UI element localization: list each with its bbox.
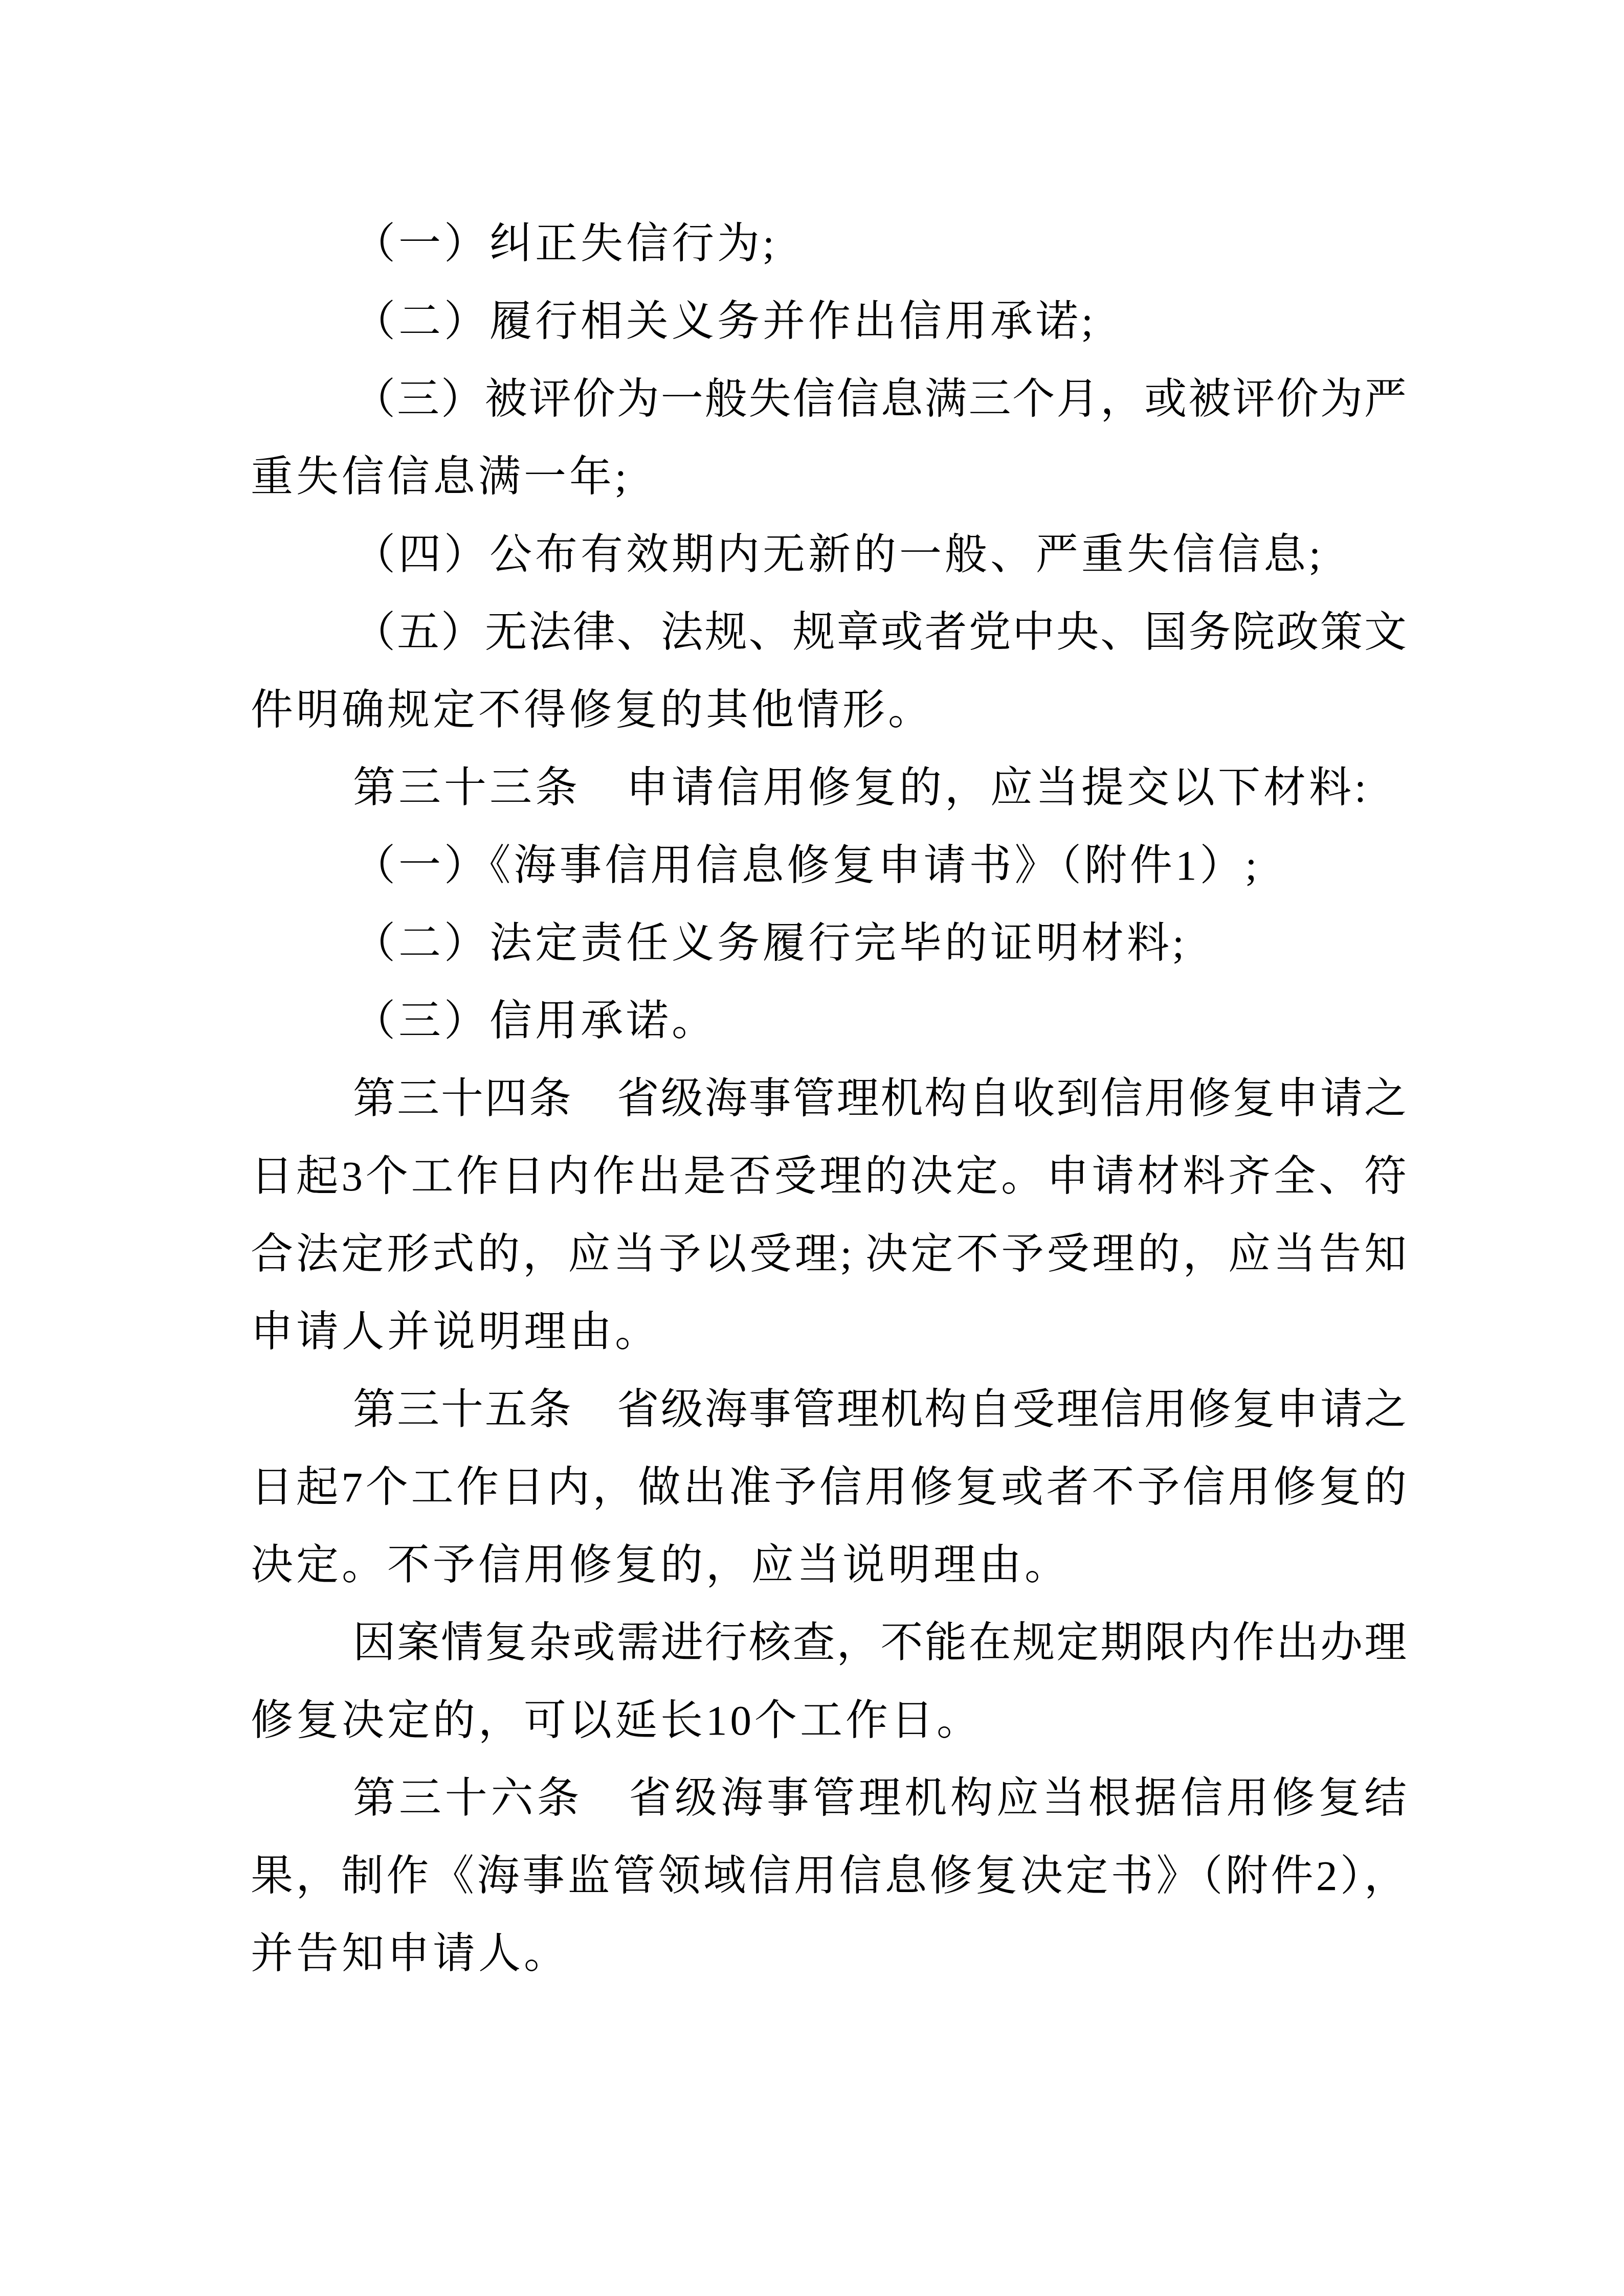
text-line: （五）无法律、法规、规章或者党中央、国务院政策文	[251, 593, 1407, 671]
text-line: （三）信用承诺。	[251, 982, 1407, 1060]
text-line: 日起7个工作日内，做出准予信用修复或者不予信用修复的	[251, 1448, 1407, 1526]
text-line: 申请人并说明理由。	[251, 1293, 1407, 1370]
text-line: 日起3个工作日内作出是否受理的决定。申请材料齐全、符	[251, 1137, 1407, 1215]
text-line: 因案情复杂或需进行核查，不能在规定期限内作出办理	[251, 1604, 1407, 1681]
text-line: 件明确规定不得修复的其他情形。	[251, 671, 1407, 749]
text-line: （一）纠正失信行为;	[251, 205, 1407, 282]
document-page: （一）纠正失信行为; （二）履行相关义务并作出信用承诺; （三）被评价为一般失信…	[0, 0, 1624, 2296]
text-line: （一）《海事信用信息修复申请书》（附件1）;	[251, 826, 1407, 904]
text-line: （二）法定责任义务履行完毕的证明材料;	[251, 904, 1407, 982]
text-line: （四）公布有效期内无新的一般、严重失信信息;	[251, 515, 1407, 593]
text-line: （三）被评价为一般失信信息满三个月，或被评价为严	[251, 360, 1407, 438]
text-line: 并告知申请人。	[251, 1915, 1407, 1992]
text-line: 修复决定的，可以延长10个工作日。	[251, 1681, 1407, 1759]
document-text-block: （一）纠正失信行为; （二）履行相关义务并作出信用承诺; （三）被评价为一般失信…	[251, 205, 1407, 1992]
text-line: 果，制作《海事监管领域信用信息修复决定书》（附件2），	[251, 1837, 1407, 1915]
text-line: 重失信信息满一年;	[251, 438, 1407, 515]
text-line: （二）履行相关义务并作出信用承诺;	[251, 282, 1407, 360]
text-line: 合法定形式的，应当予以受理; 决定不予受理的，应当告知	[251, 1215, 1407, 1293]
text-line: 第三十三条 申请信用修复的，应当提交以下材料:	[251, 749, 1407, 826]
text-line: 第三十六条 省级海事管理机构应当根据信用修复结	[251, 1759, 1407, 1837]
text-line: 第三十四条 省级海事管理机构自收到信用修复申请之	[251, 1060, 1407, 1137]
text-line: 决定。不予信用修复的，应当说明理由。	[251, 1526, 1407, 1604]
text-line: 第三十五条 省级海事管理机构自受理信用修复申请之	[251, 1370, 1407, 1448]
